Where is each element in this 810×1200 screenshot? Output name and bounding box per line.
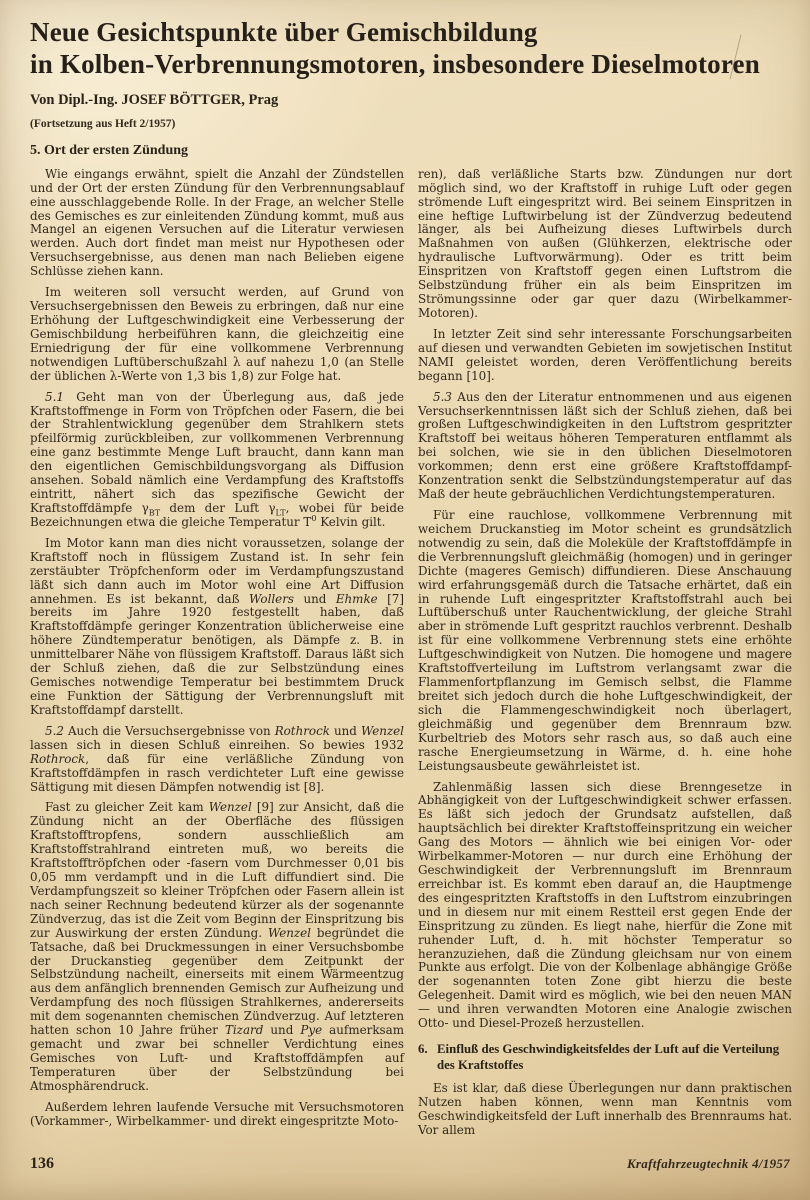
paragraph-5-3b: Für eine rauchlose, vollkommene Verbrenn… bbox=[418, 509, 792, 774]
paragraph-5-3c: Zahlenmäßig lassen sich diese Brenngeset… bbox=[418, 781, 792, 1032]
paragraph-5-2c-continued: ren), daß verläßliche Starts bzw. Zündun… bbox=[418, 168, 792, 321]
author-byline: Von Dipl.-Ing. JOSEF BÖTTGER, Prag bbox=[30, 92, 792, 109]
scanned-journal-page: { "page": { "title_line1": "Neue Gesicht… bbox=[0, 0, 810, 1200]
paragraph-6-intro: Es ist klar, daß diese Überlegungen nur … bbox=[418, 1082, 792, 1138]
paragraph-5-2c: Außerdem lehren laufende Versuche mit Ve… bbox=[30, 1101, 404, 1129]
page-number: 136 bbox=[30, 1155, 54, 1173]
paragraph-5-intro-1: Wie eingangs erwähnt, spielt die Anzahl … bbox=[30, 168, 404, 279]
two-column-body: Wie eingangs erwähnt, spielt die Anzahl … bbox=[30, 168, 792, 1145]
paragraph-5-intro-2: Im weiteren soll versucht werden, auf Gr… bbox=[30, 286, 404, 383]
paragraph-5-2b: Fast zu gleicher Zeit kam Wenzel [9] zur… bbox=[30, 801, 404, 1093]
paragraph-5-1b: Im Motor kann man dies nicht voraussetze… bbox=[30, 537, 404, 718]
paragraph-5-3: 5.3 Aus den der Literatur entnommenen un… bbox=[418, 391, 792, 502]
article-title-line1: Neue Gesichtspunkte über Gemischbildung bbox=[30, 16, 792, 48]
paragraph-5-1: 5.1 Geht man von der Überlegung aus, daß… bbox=[30, 391, 404, 530]
page-content: Neue Gesichtspunkte über Gemischbildung … bbox=[0, 0, 810, 1145]
continuation-note: (Fortsetzung aus Heft 2/1957) bbox=[30, 118, 792, 130]
right-column: ren), daß verläßliche Starts bzw. Zündun… bbox=[418, 168, 792, 1145]
paragraph-5-2: 5.2 Auch die Versuchsergebnisse von Roth… bbox=[30, 725, 404, 795]
left-column: Wie eingangs erwähnt, spielt die Anzahl … bbox=[30, 168, 404, 1145]
section-heading-5: 5. Ort der ersten Zündung bbox=[30, 143, 792, 159]
paragraph-nami: In letzter Zeit sind sehr interessante F… bbox=[418, 328, 792, 384]
section-heading-6: 6. Einfluß des Geschwindigkeitsfeldes de… bbox=[418, 1042, 792, 1074]
journal-imprint: Kraftfahrzeugtechnik 4/1957 bbox=[627, 1156, 790, 1172]
article-title-line2: in Kolben-Verbrennungsmotoren, insbesond… bbox=[30, 48, 792, 80]
page-footer: 136 Kraftfahrzeugtechnik 4/1957 bbox=[30, 1155, 790, 1173]
article-title: Neue Gesichtspunkte über Gemischbildung … bbox=[30, 16, 792, 81]
